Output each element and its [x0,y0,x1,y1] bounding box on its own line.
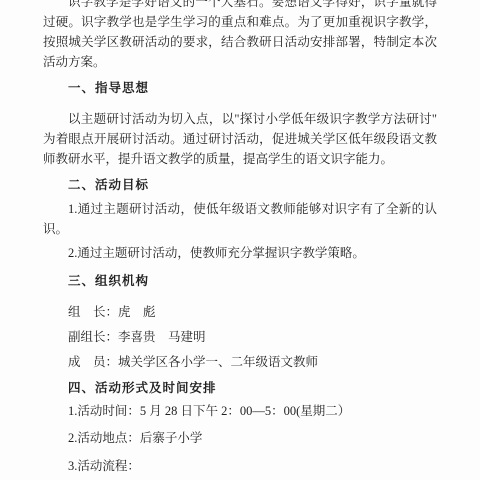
document-content: 识字教学是学好语文的一个大基石。要想语文学得好，识字量就得 过硬。识字教学也是学… [43,0,437,476]
intro-line: 按照城关学区教研活动的要求，结合教研日活动安排部署，特制定本次 [43,32,437,52]
org-members-line: 成 员：城关学区各小学一、二年级语文教师 [43,352,437,372]
scanned-document-page: { "page": { "background_color": "#fdfdfd… [0,0,480,480]
section-line: 以主题研讨活动为切入点，以"探讨小学低年级识字教学方法研讨" [43,109,437,129]
intro-line: 识字教学是学好语文的一个大基石。要想语文学得好，识字量就得 [43,0,437,12]
section-line: 为着眼点开展研讨活动。通过研讨活动，促进城关学区低年级段语文教 [43,129,437,149]
intro-line: 活动方案。 [43,52,437,72]
heading-organization: 三、组织机构 [43,271,437,291]
goal-line: 1.通过主题研讨活动，使低年级语文教师能够对识字有了全新的认 [43,199,437,219]
intro-line: 过硬。识字教学也是学生学习的重点和难点。为了更加重视识字教学， [43,12,437,32]
heading-guiding-ideology: 一、指导思想 [43,78,437,98]
org-leader-line: 组 长：虎 彪 [43,302,437,322]
section-line: 师教研水平，提升语文教学的质量，提高学生的语文识字能力。 [43,149,437,169]
goal-line: 2.通过主题研讨活动，使教师充分掌握识字教学策略。 [43,243,437,263]
activity-process-line: 3.活动流程： [43,456,437,476]
goal-line: 识。 [43,219,437,239]
activity-place-line: 2.活动地点：后寨子小学 [43,428,437,448]
org-deputy-line: 副组长：李喜贵 马建明 [43,327,437,347]
heading-activity-goals: 二、活动目标 [43,175,437,195]
heading-activity-schedule: 四、活动形式及时间安排 [43,378,437,398]
activity-time-line: 1.活动时间：5 月 28 日下午 2：00—5：00(星期二） [43,401,437,421]
